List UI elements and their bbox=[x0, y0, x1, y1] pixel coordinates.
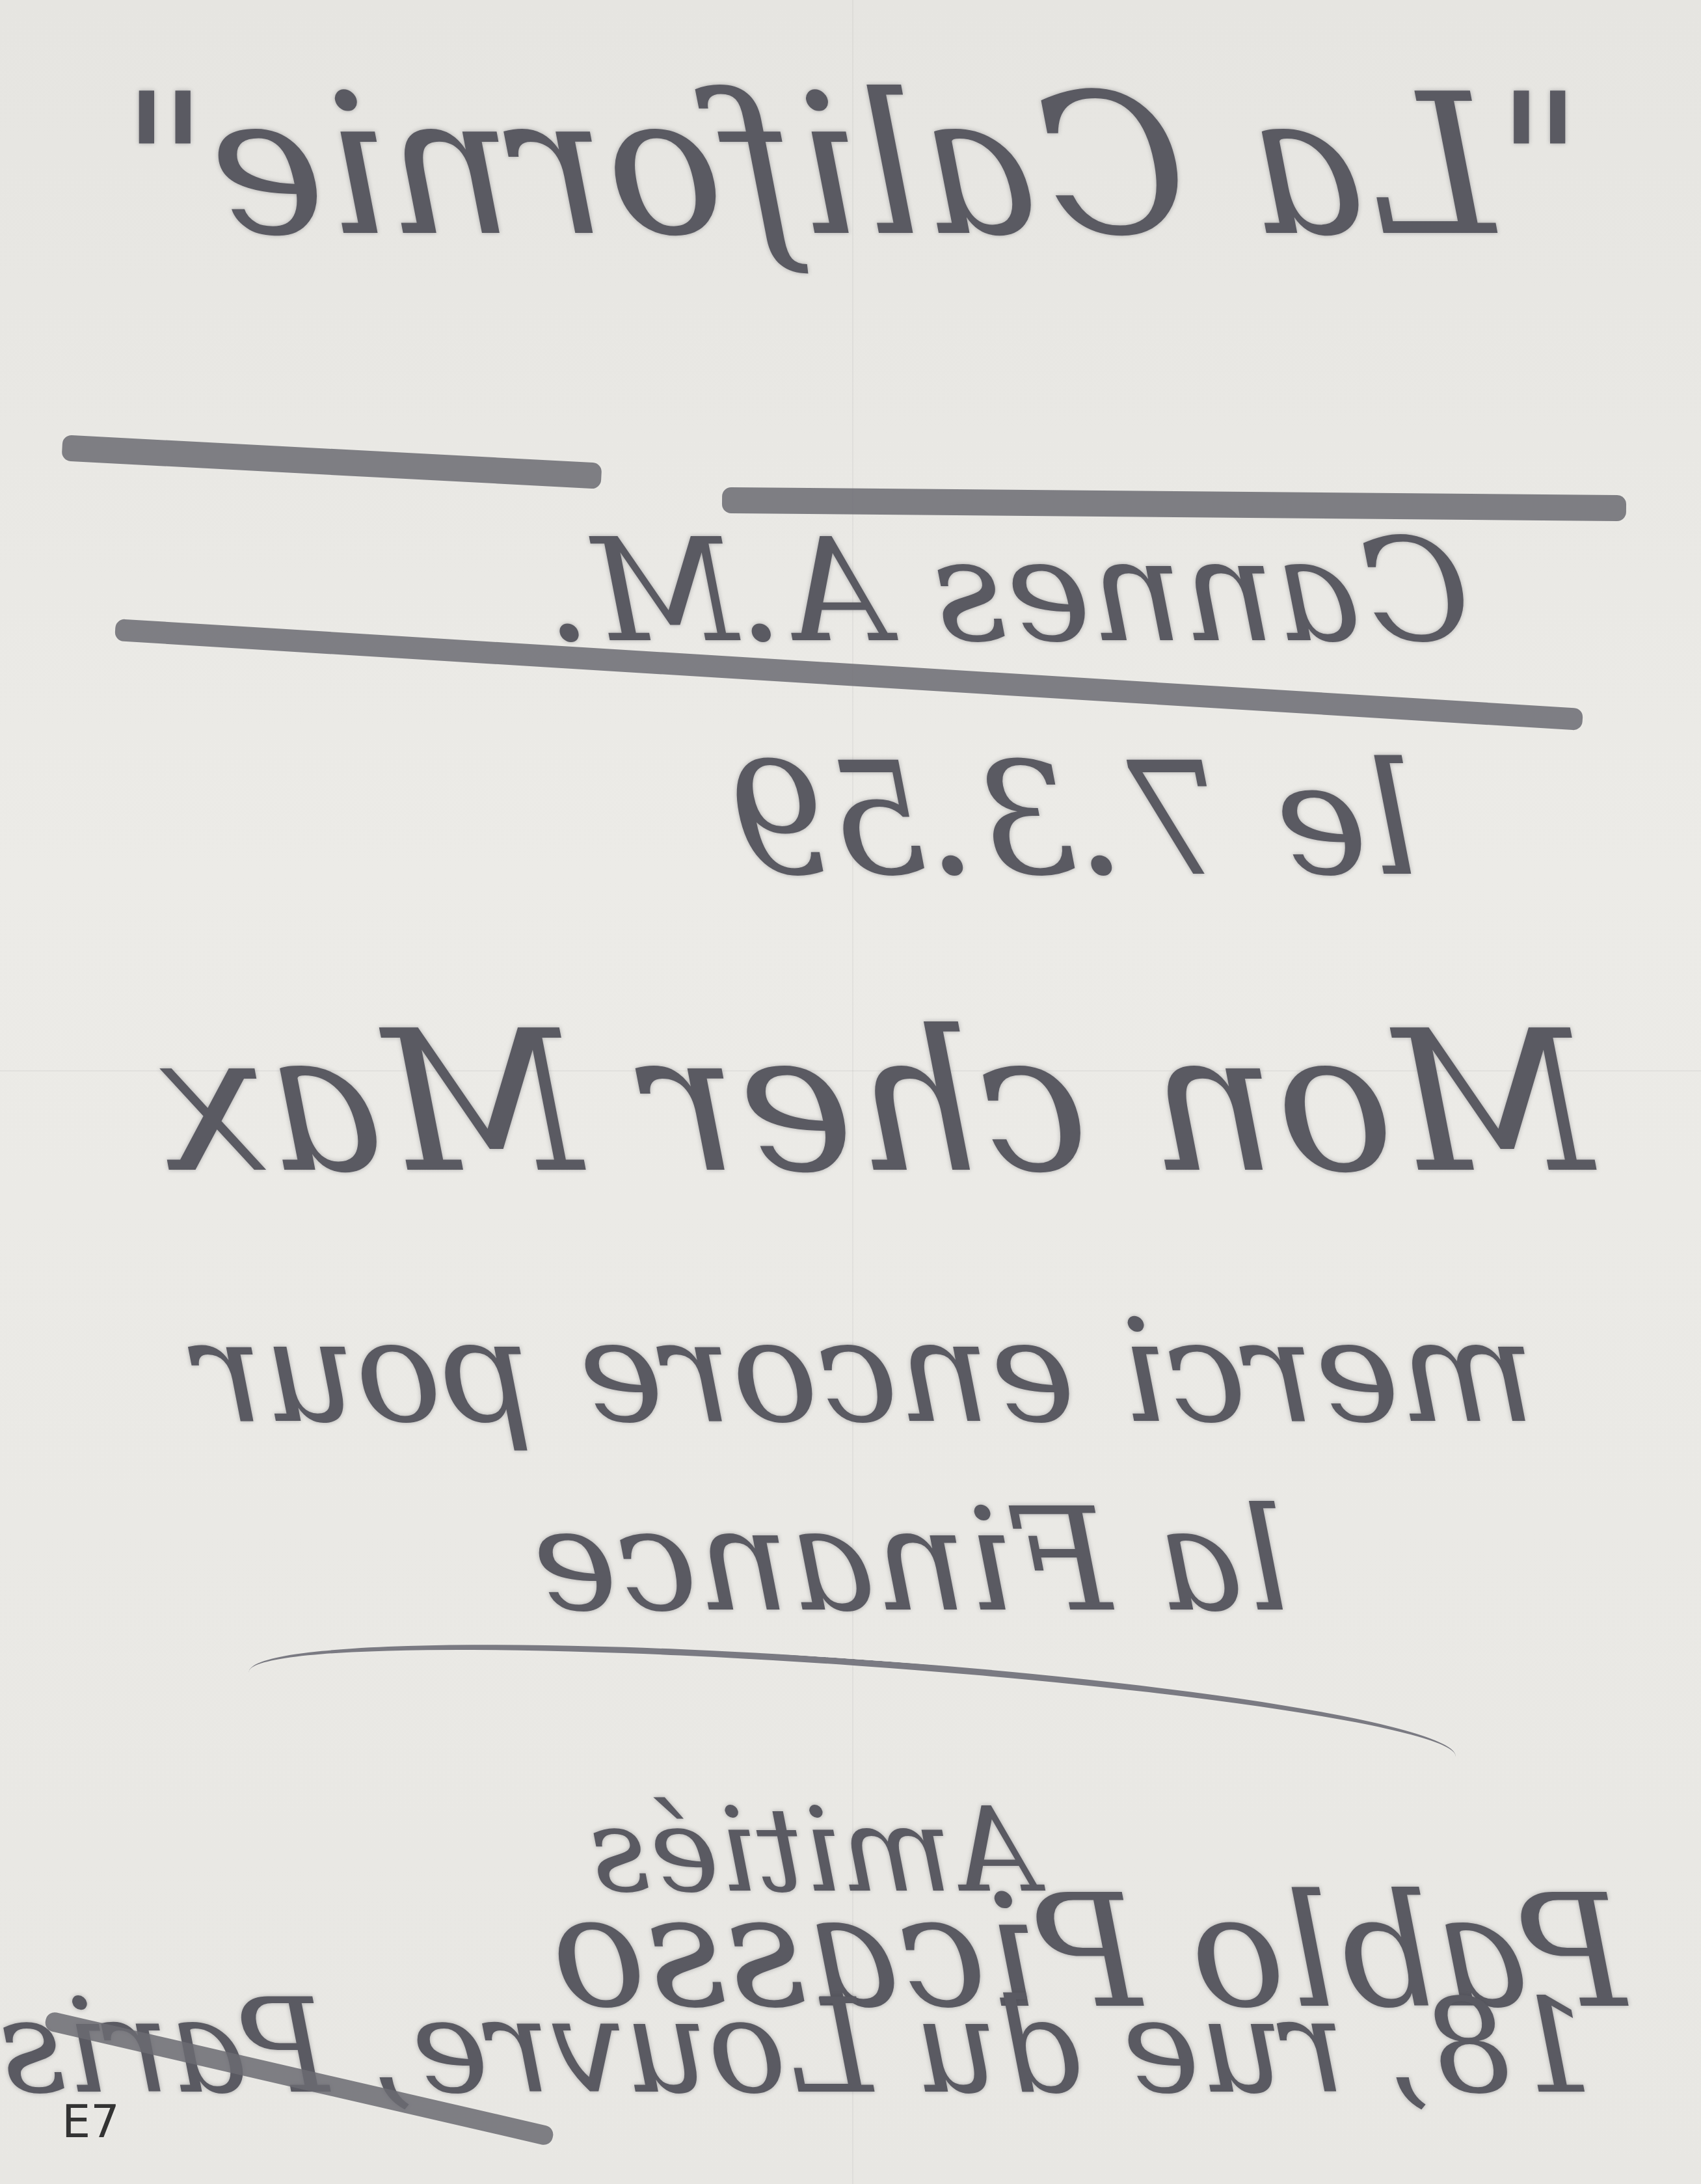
letter-body-line-2: la Finance bbox=[228, 1477, 1594, 1643]
letter-date: le 7.3.59 bbox=[585, 729, 1561, 911]
letter-heading: "La Californie" bbox=[78, 52, 1626, 279]
letter-salutation: Mon cher Max bbox=[163, 989, 1594, 1216]
letter-footer: 18, rue du Louvre, Paris bbox=[98, 1971, 1594, 2123]
letter-body-line-1: merci encore pour bbox=[117, 1288, 1613, 1455]
page-number: E7 bbox=[62, 2095, 120, 2148]
